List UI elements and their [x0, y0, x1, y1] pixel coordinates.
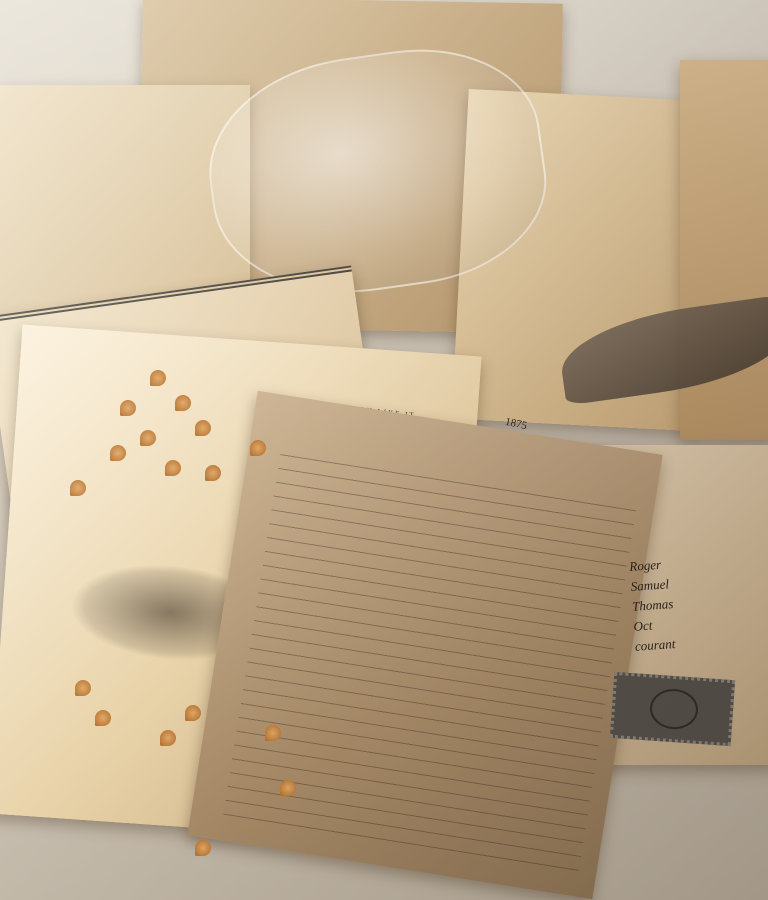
dried-flower: [95, 710, 111, 726]
dried-flower: [150, 370, 166, 386]
dried-flower: [185, 705, 201, 721]
dried-flower: [165, 460, 181, 476]
dried-flower: [140, 430, 156, 446]
dried-flower: [175, 395, 191, 411]
dried-flower: [205, 465, 221, 481]
dried-flower: [120, 400, 136, 416]
dried-flower: [250, 440, 266, 456]
dried-flower: [110, 445, 126, 461]
handwriting-lines: [222, 444, 637, 876]
envelope-handwriting: Roger Samuel Thomas Oct courant: [629, 547, 768, 657]
dried-flower: [70, 480, 86, 496]
dried-flower: [280, 780, 296, 796]
photo-scene: AS YOU LIKE IT Is but for two months vic…: [0, 0, 768, 900]
dried-flower: [160, 730, 176, 746]
dried-flower: [75, 680, 91, 696]
postage-stamp: [610, 672, 735, 746]
dried-flower: [265, 725, 281, 741]
dried-flower: [195, 420, 211, 436]
dried-flower: [195, 840, 211, 856]
